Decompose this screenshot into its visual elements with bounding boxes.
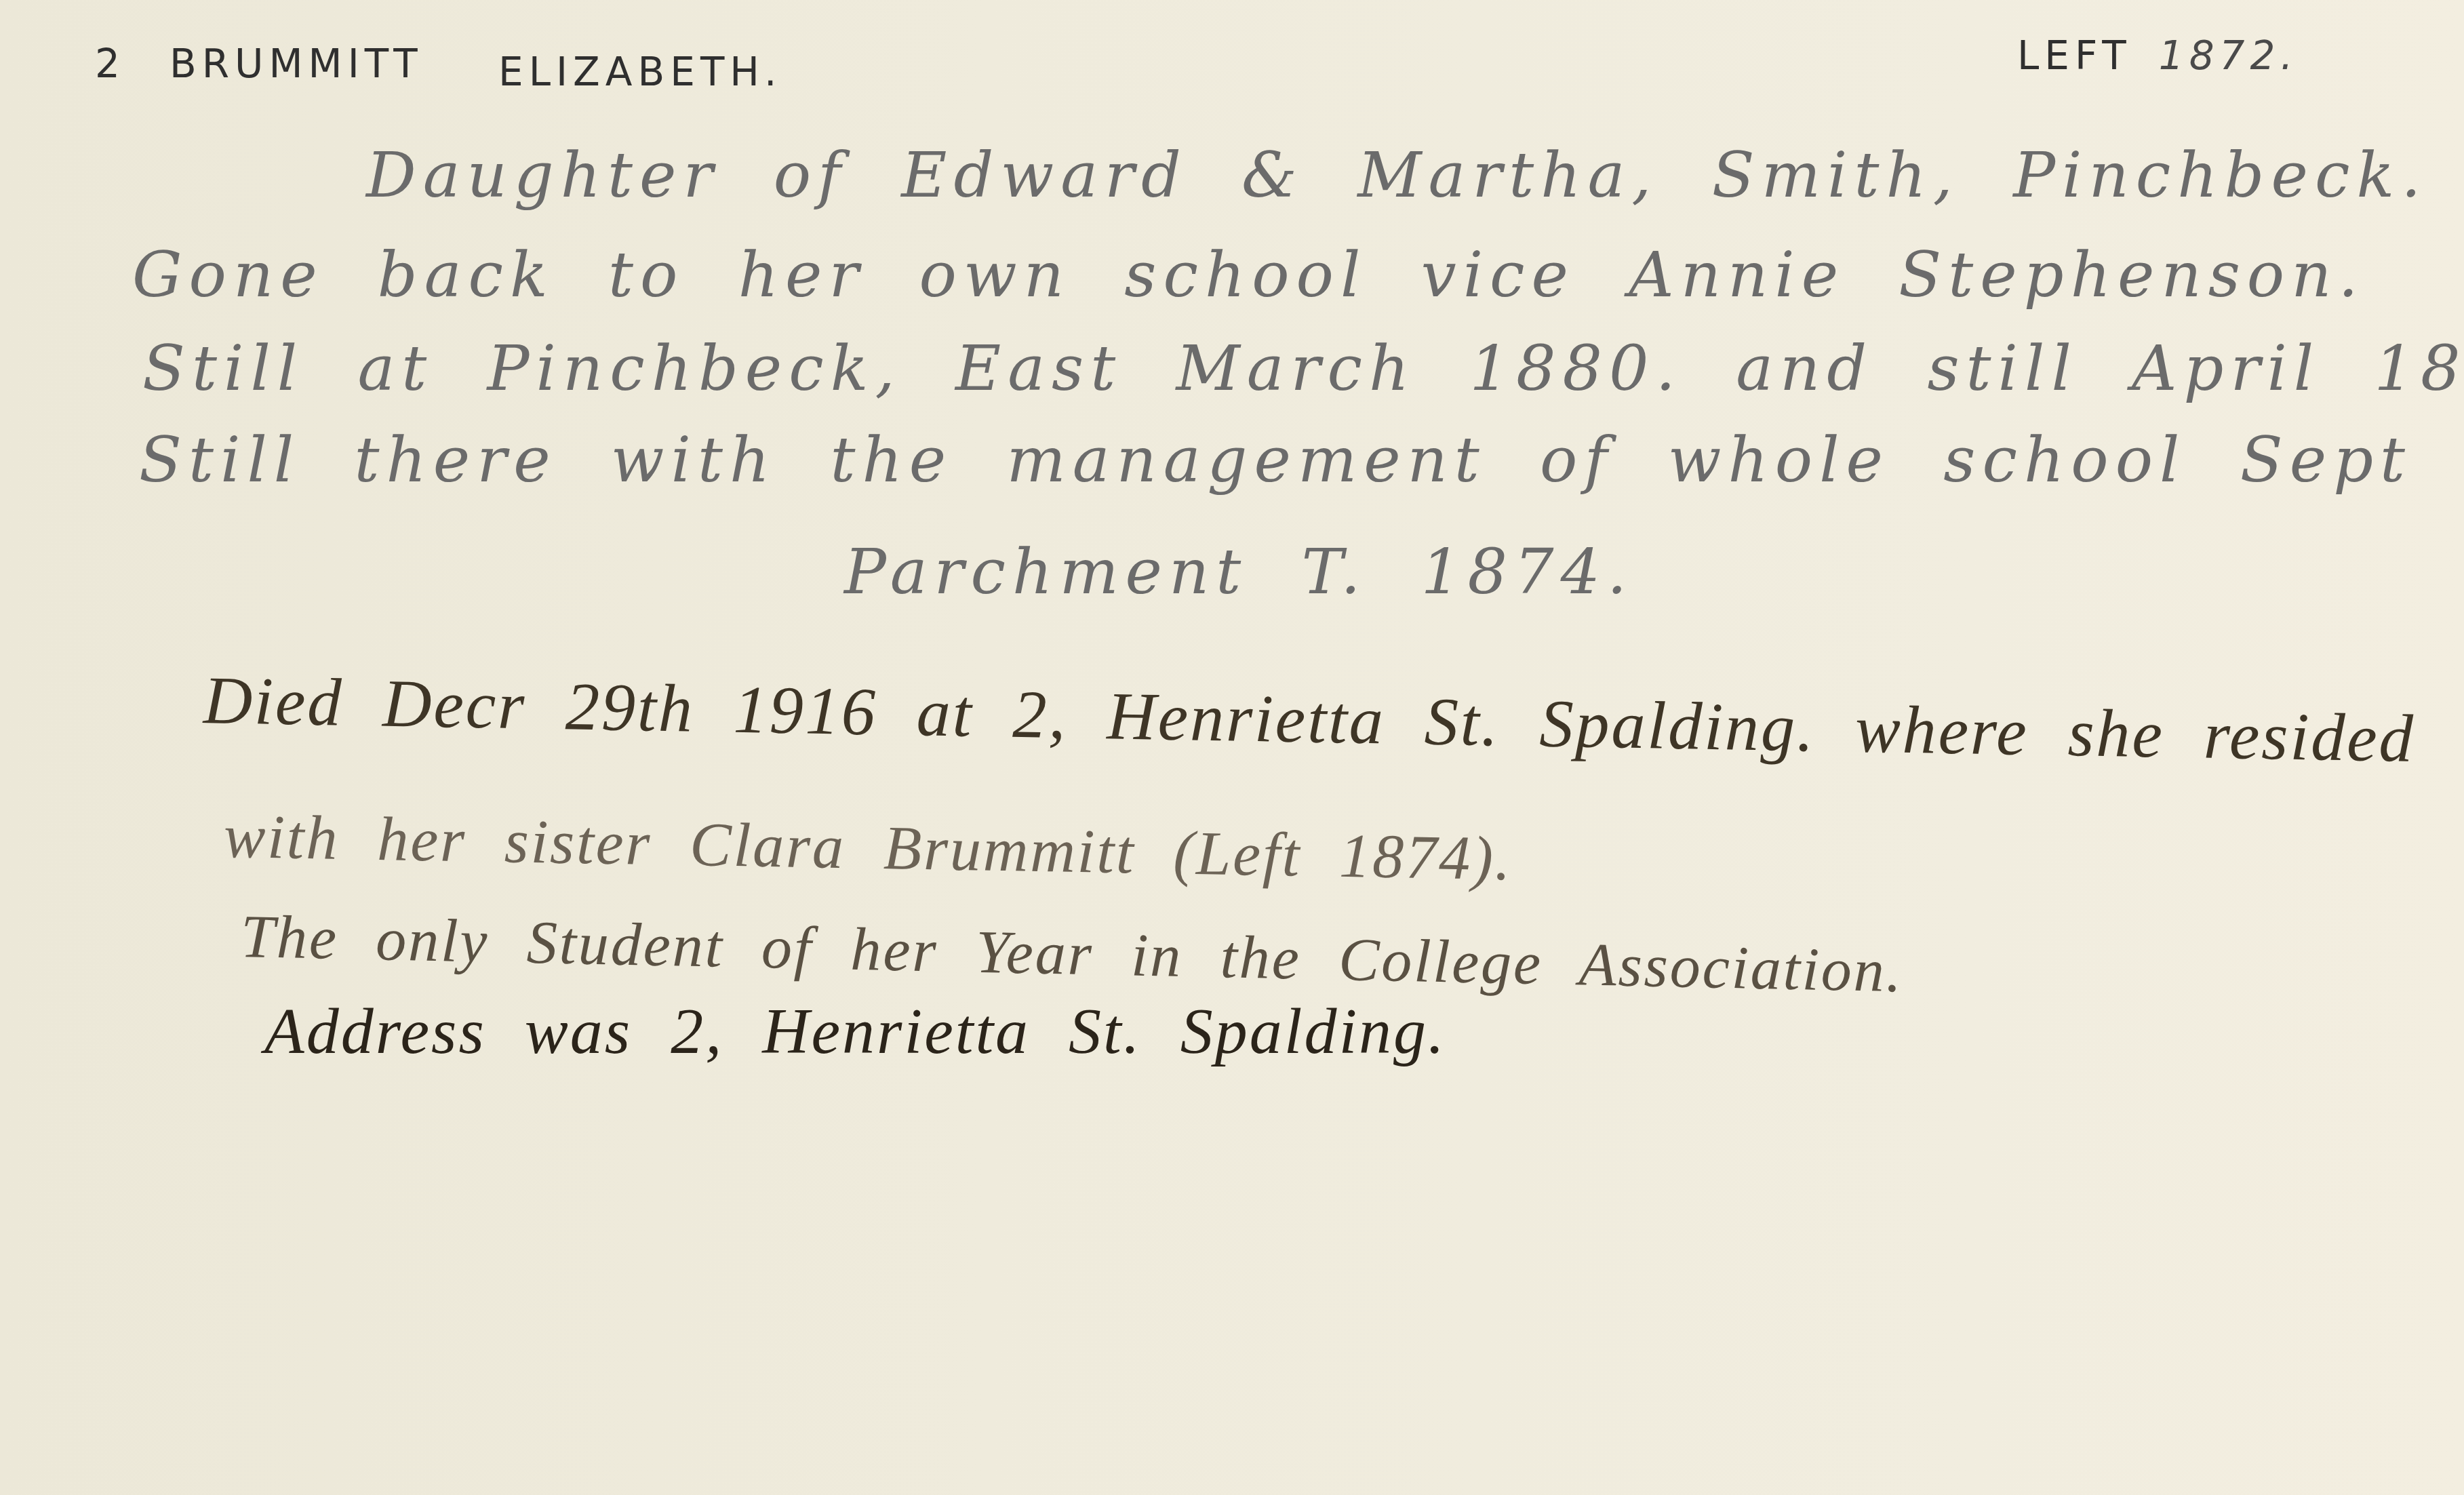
entry-death: Died Decr 29th 1916 at 2, Henrietta St. … bbox=[203, 661, 2416, 778]
surname: BRUMMITT bbox=[170, 41, 423, 87]
entry-sister: with her sister Clara Brummitt (Left 187… bbox=[223, 800, 1513, 894]
parchment-note: Parchment T. 1874. bbox=[844, 536, 1633, 608]
left-year: 1872. bbox=[2159, 33, 2299, 79]
entry-school-return: Gone back to her own school vice Annie S… bbox=[132, 239, 2365, 311]
left-label: LEFT bbox=[2017, 33, 2132, 79]
record-number: 2 bbox=[95, 41, 125, 87]
entry-management-1891: Still there with the management of whole… bbox=[139, 424, 2464, 496]
entry-college-association: The only Student of her Year in the Coll… bbox=[240, 902, 1905, 1006]
student-record-card: 2 BRUMMITT ELIZABETH. LEFT1872. Daughter… bbox=[0, 0, 2464, 1495]
left-year-field: LEFT1872. bbox=[2017, 33, 2299, 79]
entry-address: Address was 2, Henrietta St. Spalding. bbox=[264, 993, 1446, 1069]
entry-parentage: Daughter of Edward & Martha, Smith, Pinc… bbox=[366, 139, 2464, 212]
entry-pinchbeck-1880-1882: Still at Pinchbeck, East March 1880. and… bbox=[142, 332, 2464, 405]
forename: ELIZABETH. bbox=[498, 49, 782, 95]
